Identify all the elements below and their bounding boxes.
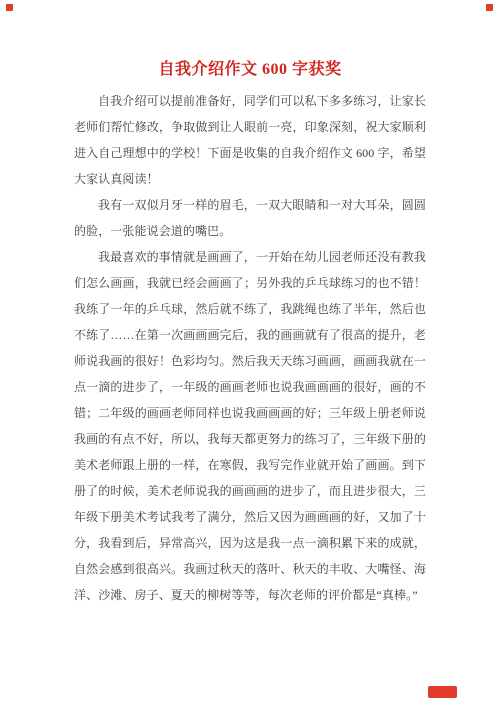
page-title: 自我介绍作文 600 字获奖 [0, 60, 500, 80]
document-body: 自我介绍可以提前准备好，同学们可以私下多多练习，让家长老师们帮忙修改，争取做到让… [74, 88, 426, 608]
paragraph-appearance: 我有一双似月牙一样的眉毛，一双大眼睛和一对大耳朵，圆圆的脸，一张能说会道的嘴巴。 [74, 192, 426, 244]
document-page: 自我介绍作文 600 字获奖 自我介绍可以提前准备好，同学们可以私下多多练习，让… [0, 0, 500, 707]
paragraph-painting: 我最喜欢的事情就是画画了，一开始在幼儿园老师还没有教我们怎么画画，我就已经会画画… [74, 244, 426, 608]
paragraph-intro: 自我介绍可以提前准备好，同学们可以私下多多练习，让家长老师们帮忙修改，争取做到让… [74, 88, 426, 192]
watermark-mark-top-right [486, 4, 493, 11]
watermark-mark-top-left [6, 4, 13, 11]
watermark-badge [428, 686, 457, 698]
